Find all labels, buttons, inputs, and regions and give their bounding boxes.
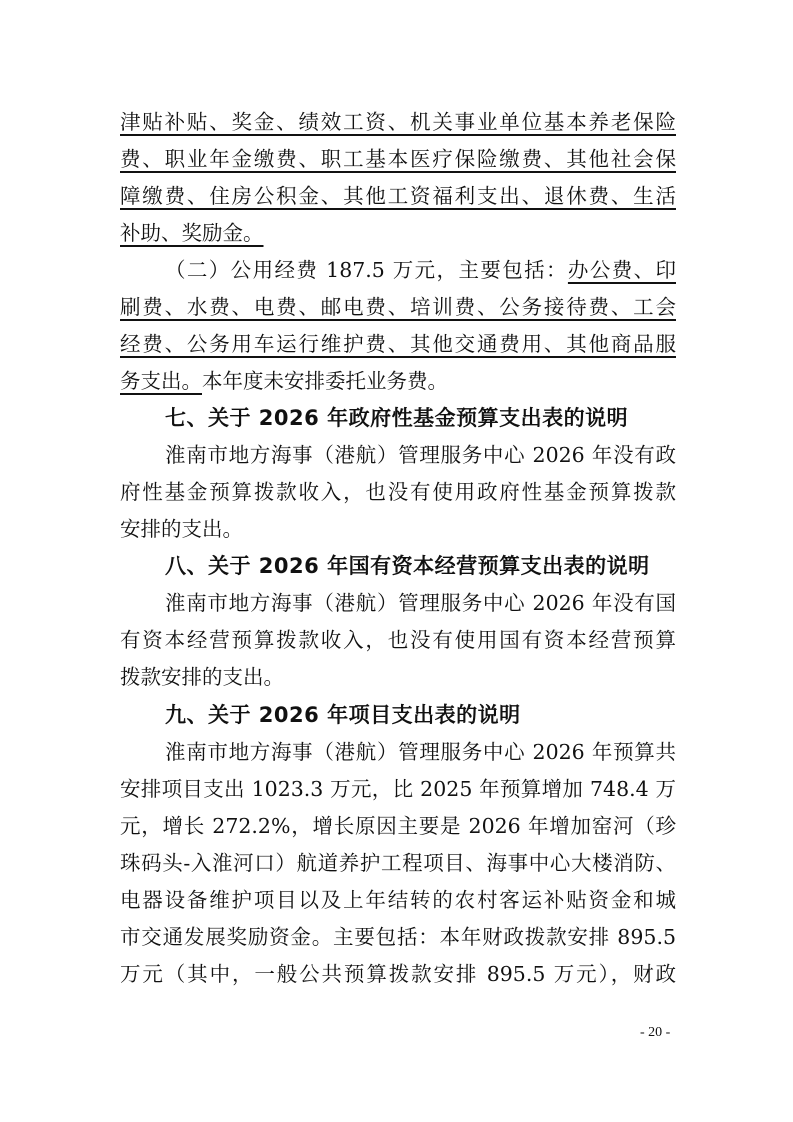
paragraph-line: 补助、奖励金。 — [120, 215, 676, 252]
paragraph-line: 淮南市地方海事（港航）管理服务中心 2026 年没有政 — [165, 437, 676, 474]
paragraph-line: 市交通发展奖励资金。主要包括：本年财政拨款安排 895.5 — [120, 919, 676, 956]
paragraph-line: 拨款安排的支出。 — [120, 659, 676, 696]
paragraph-line: 刷费、水费、电费、邮电费、培训费、公务接待费、工会 — [120, 289, 676, 326]
paragraph-line: 府性基金预算拨款收入，也没有使用政府性基金预算拨款 — [120, 474, 676, 511]
paragraph-line: 淮南市地方海事（港航）管理服务中心 2026 年没有国 — [165, 585, 676, 622]
underlined-text: 经费、公务用车运行维护费、其他交通费用、其他商品服 — [120, 332, 676, 356]
paragraph-line: 津贴补贴、奖金、绩效工资、机关事业单位基本养老保险 — [120, 104, 676, 141]
paragraph-text: 本年度未安排委托业务费。 — [202, 369, 448, 393]
page-number: - 20 - — [640, 1025, 670, 1041]
section-heading-eight: 八、关于 2026 年国有资本经营预算支出表的说明 — [165, 548, 650, 585]
paragraph-line: 珠码头-入淮河口）航道养护工程项目、海事中心大楼消防、 — [120, 845, 676, 882]
paragraph-line: 万元（其中，一般公共预算拨款安排 895.5 万元），财政 — [120, 956, 676, 993]
document-page: 津贴补贴、奖金、绩效工资、机关事业单位基本养老保险 费、职业年金缴费、职工基本医… — [0, 0, 793, 1122]
underlined-text: 务支出。 — [120, 369, 202, 393]
paragraph-line: 障缴费、住房公积金、其他工资福利支出、退休费、生活 — [120, 178, 676, 215]
section-heading-seven: 七、关于 2026 年政府性基金预算支出表的说明 — [165, 400, 628, 437]
section-heading-nine: 九、关于 2026 年项目支出表的说明 — [165, 697, 521, 734]
paragraph-line: 安排项目支出 1023.3 万元，比 2025 年预算增加 748.4 万 — [120, 771, 676, 808]
paragraph-line: 费、职业年金缴费、职工基本医疗保险缴费、其他社会保 — [120, 141, 676, 178]
underlined-text: 障缴费、住房公积金、其他工资福利支出、退休费、生活 — [120, 184, 676, 208]
paragraph-line: 有资本经营预算拨款收入，也没有使用国有资本经营预算 — [120, 622, 676, 659]
paragraph-line: （二）公用经费 187.5 万元，主要包括：办公费、印 — [165, 252, 676, 289]
paragraph-line: 电器设备维护项目以及上年结转的农村客运补贴资金和城 — [120, 882, 676, 919]
underlined-text: 刷费、水费、电费、邮电费、培训费、公务接待费、工会 — [120, 295, 676, 319]
paragraph-line: 元，增长 272.2%，增长原因主要是 2026 年增加窑河（珍 — [120, 808, 676, 845]
underlined-text: 费、职业年金缴费、职工基本医疗保险缴费、其他社会保 — [120, 147, 676, 171]
paragraph-line: 淮南市地方海事（港航）管理服务中心 2026 年预算共 — [165, 734, 676, 771]
paragraph-line: 务支出。本年度未安排委托业务费。 — [120, 363, 676, 400]
underlined-text: 补助、奖励金。 — [120, 221, 264, 245]
underlined-text: 津贴补贴、奖金、绩效工资、机关事业单位基本养老保险 — [120, 110, 676, 134]
paragraph-line: 安排的支出。 — [120, 511, 676, 548]
public-expenses-intro: （二）公用经费 187.5 万元，主要包括： — [165, 258, 568, 282]
paragraph-line: 经费、公务用车运行维护费、其他交通费用、其他商品服 — [120, 326, 676, 363]
underlined-text: 办公费、印 — [568, 258, 676, 282]
